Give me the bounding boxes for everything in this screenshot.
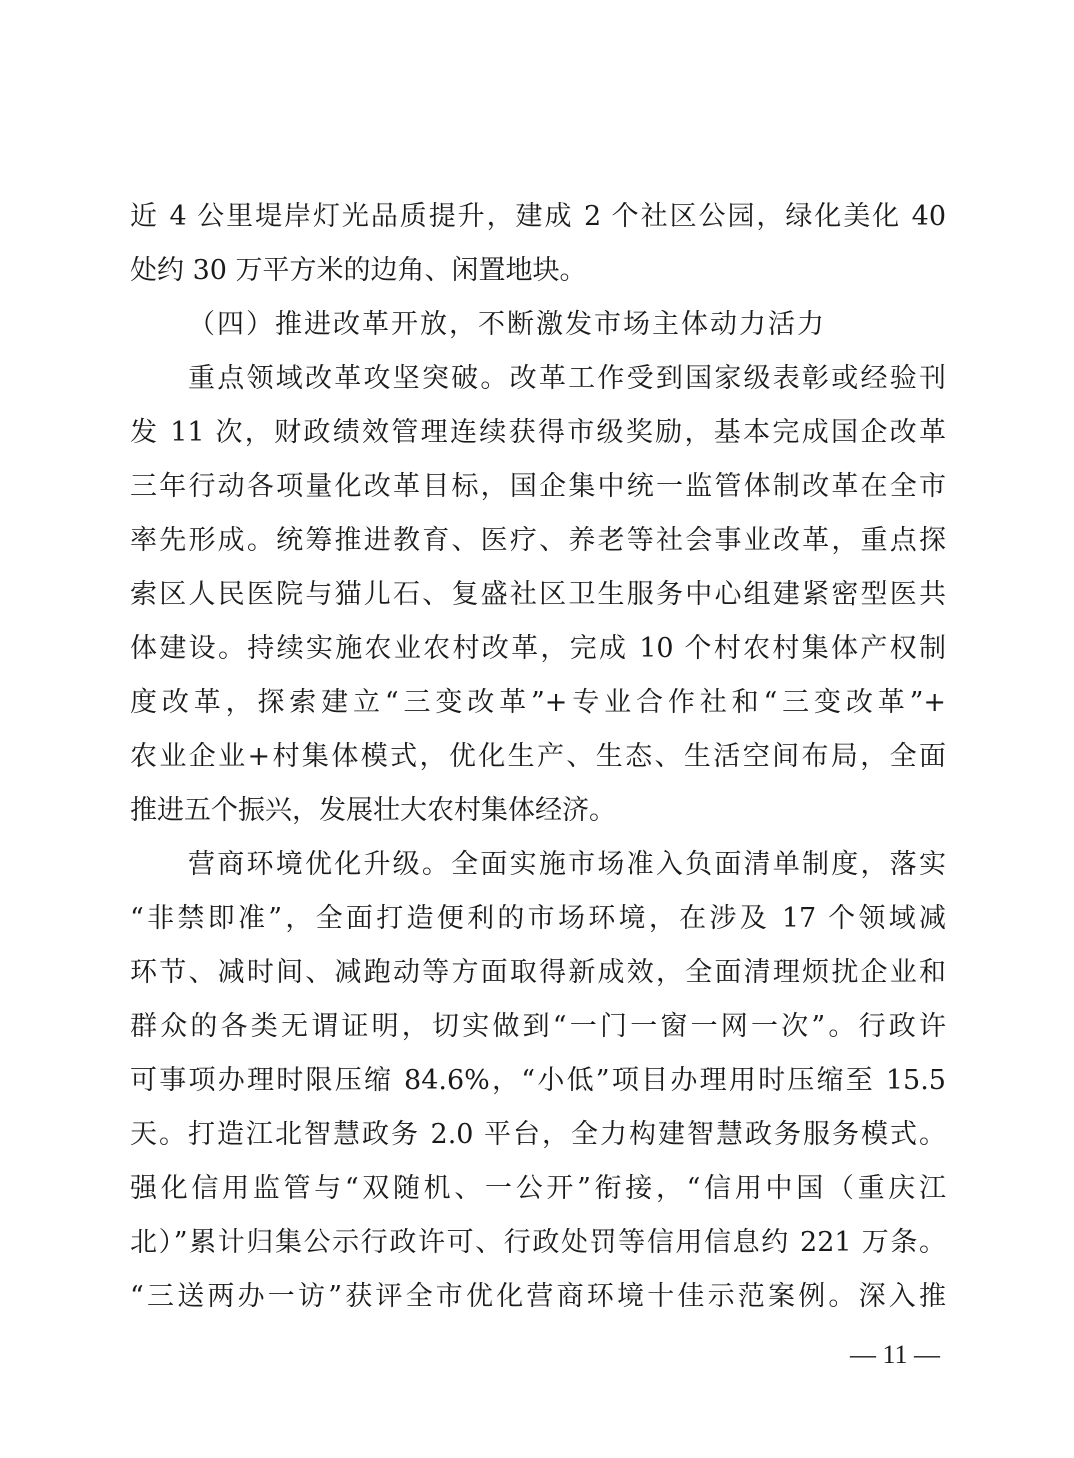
text-line: 北）”累计归集公示行政许可、行政处罚等信用信息约 221 万条。 xyxy=(130,1216,946,1270)
text-line: 天。打造江北智慧政务 2.0 平台，全力构建智慧政务服务模式。 xyxy=(130,1108,946,1162)
heading-text: （四）推进改革开放，不断激发市场主体动力活力 xyxy=(130,298,946,352)
text-line: “非禁即准”，全面打造便利的市场环境，在涉及 17 个领域减 xyxy=(130,892,946,946)
paragraph-continuation: 近 4 公里堤岸灯光品质提升，建成 2 个社区公园，绿化美化 40 处约 30 … xyxy=(130,190,946,298)
text-line: 近 4 公里堤岸灯光品质提升，建成 2 个社区公园，绿化美化 40 xyxy=(130,190,946,244)
text-line: 索区人民医院与猫儿石、复盛社区卫生服务中心组建紧密型医共 xyxy=(130,568,946,622)
page-number: — 11 — xyxy=(840,1335,950,1375)
document-page: 近 4 公里堤岸灯光品质提升，建成 2 个社区公园，绿化美化 40 处约 30 … xyxy=(130,190,946,1324)
text-line: 环节、减时间、减跑动等方面取得新成效，全面清理烦扰企业和 xyxy=(130,946,946,1000)
text-line: 处约 30 万平方米的边角、闲置地块。 xyxy=(130,244,946,298)
paragraph-business-environment: 营商环境优化升级。全面实施市场准入负面清单制度，落实 “非禁即准”，全面打造便利… xyxy=(130,838,946,1324)
text-line: 度改革，探索建立“三变改革”+专业合作社和“三变改革”+ xyxy=(130,676,946,730)
text-line: 农业企业+村集体模式，优化生产、生态、生活空间布局，全面 xyxy=(130,730,946,784)
paragraph-reform: 重点领域改革攻坚突破。改革工作受到国家级表彰或经验刊 发 11 次，财政绩效管理… xyxy=(130,352,946,838)
text-line: 重点领域改革攻坚突破。改革工作受到国家级表彰或经验刊 xyxy=(130,352,946,406)
text-line: 群众的各类无谓证明，切实做到“一门一窗一网一次”。行政许 xyxy=(130,1000,946,1054)
text-line: 三年行动各项量化改革目标，国企集中统一监管体制改革在全市 xyxy=(130,460,946,514)
text-line: 发 11 次，财政绩效管理连续获得市级奖励，基本完成国企改革 xyxy=(130,406,946,460)
text-line: 率先形成。统筹推进教育、医疗、养老等社会事业改革，重点探 xyxy=(130,514,946,568)
text-line: 强化信用监管与“双随机、一公开”衔接，“信用中国（重庆江 xyxy=(130,1162,946,1216)
text-line: 推进五个振兴，发展壮大农村集体经济。 xyxy=(130,784,946,838)
text-line: 体建设。持续实施农业农村改革，完成 10 个村农村集体产权制 xyxy=(130,622,946,676)
text-line: 营商环境优化升级。全面实施市场准入负面清单制度，落实 xyxy=(130,838,946,892)
text-line: “三送两办一访”获评全市优化营商环境十佳示范案例。深入推 xyxy=(130,1270,946,1324)
section-heading: （四）推进改革开放，不断激发市场主体动力活力 xyxy=(130,298,946,352)
text-line: 可事项办理时限压缩 84.6%，“小低”项目办理用时压缩至 15.5 xyxy=(130,1054,946,1108)
